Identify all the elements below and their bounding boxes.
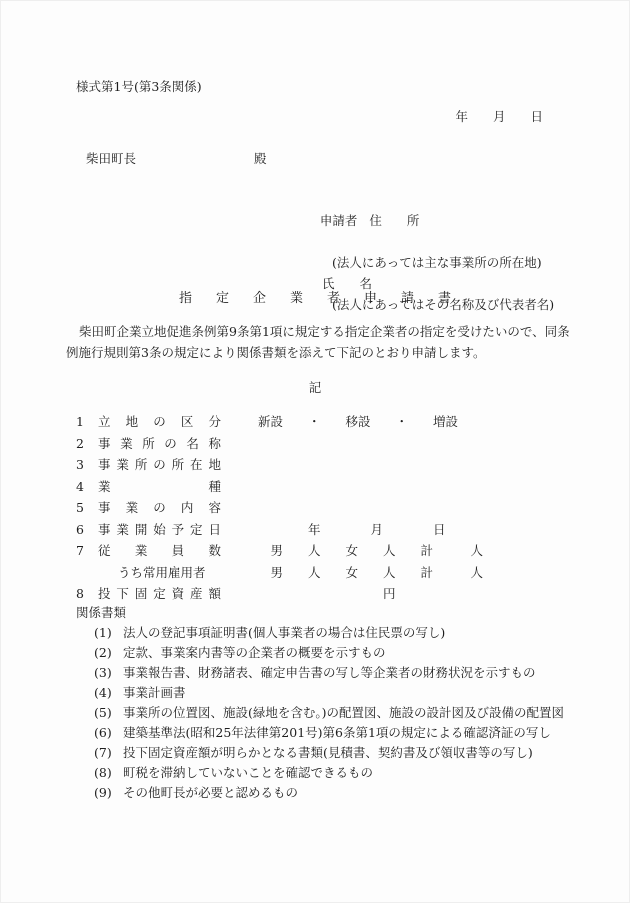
item-label: 投下固定資産額: [98, 583, 221, 605]
applicant-address-line: 申請者住 所: [296, 189, 554, 252]
item-label: 業種: [98, 476, 221, 498]
record-mark: 記: [1, 378, 629, 398]
application-form-page: 様式第1号(第3条関係) 年 月 日 柴田町長殿 申請者住 所 (法人にあっては…: [0, 0, 630, 903]
attachment-row: (7)投下固定資産額が明らかとなる書類(見積書、契約書及び領収書等の写し): [94, 743, 564, 763]
addressee-line: 柴田町長殿: [86, 149, 267, 169]
form-item-row: 7従業員数 男 人 女 人 計 人: [76, 540, 483, 562]
attachment-row: (1)法人の登記事項証明書(個人事業者の場合は住民票の写し): [94, 623, 564, 643]
attachment-number: (1): [94, 623, 123, 643]
form-items-list: 1立地の区分新設 ・ 移設 ・ 増設2事業所の名称3事業所の所在地4業種5事業の…: [76, 411, 483, 605]
item-number: 7: [76, 540, 98, 562]
attachment-row: (3)事業報告書、財務諸表、確定申告書の写し等企業者の財務状況を示すもの: [94, 663, 564, 683]
form-item-row: 1立地の区分新設 ・ 移設 ・ 増設: [76, 411, 483, 433]
addressee: 柴田町長: [86, 151, 136, 166]
form-item-row: 4業種: [76, 476, 483, 498]
form-item-row: 8投下固定資産額 円: [76, 583, 483, 605]
attachment-row: (4)事業計画書: [94, 683, 564, 703]
attachment-text: 法人の登記事項証明書(個人事業者の場合は住民票の写し): [123, 623, 445, 643]
attachment-row: (2)定款、事業案内書等の企業者の概要を示すもの: [94, 643, 564, 663]
attachment-number: (2): [94, 643, 123, 663]
form-number: 様式第1号(第3条関係): [76, 77, 202, 97]
attachment-text: 投下固定資産額が明らかとなる書類(見積書、契約書及び領収書等の写し): [123, 743, 533, 763]
item-number: 5: [76, 497, 98, 519]
applicant-label: 申請者: [320, 213, 358, 228]
item-number: 3: [76, 454, 98, 476]
body-paragraph: 柴田町企業立地促進条例第9条第1項に規定する指定企業者の指定を受けたいので、同条…: [66, 321, 574, 363]
item-label: 事業の内容: [98, 497, 221, 519]
attachment-text: 建築基準法(昭和25年法律第201号)第6条第1項の規定による確認済証の写し: [123, 723, 551, 743]
item-label: 従業員数: [98, 540, 221, 562]
item-value: 年 月 日: [258, 519, 446, 541]
form-item-row: うち常用雇用者 男 人 女 人 計 人: [76, 562, 483, 584]
date-line: 年 月 日: [1, 107, 629, 127]
attachment-text: その他町長が必要と認めるもの: [123, 783, 298, 803]
attachment-number: (9): [94, 783, 123, 803]
address-label: 住 所: [369, 213, 419, 228]
attachment-number: (3): [94, 663, 123, 683]
item-label: 事業所の所在地: [98, 454, 221, 476]
attachment-number: (8): [94, 763, 123, 783]
attachment-number: (7): [94, 743, 123, 763]
item-label: うち常用雇用者: [98, 562, 221, 584]
documents-heading: 関係書類: [76, 603, 126, 623]
documents-list: (1)法人の登記事項証明書(個人事業者の場合は住民票の写し)(2)定款、事業案内…: [94, 623, 564, 803]
attachment-text: 事業報告書、財務諸表、確定申告書の写し等企業者の財務状況を示すもの: [123, 663, 536, 683]
form-item-row: 2事業所の名称: [76, 433, 483, 455]
item-label: 事業開始予定日: [98, 519, 221, 541]
attachment-number: (5): [94, 703, 123, 723]
item-label: 事業所の名称: [98, 433, 221, 455]
address-note: (法人にあっては主な事業所の所在地): [332, 252, 554, 273]
item-value: 新設 ・ 移設 ・ 増設: [258, 411, 458, 433]
attachment-row: (8)町税を滞納していないことを確認できるもの: [94, 763, 564, 783]
honorific: 殿: [254, 151, 267, 166]
attachment-text: 事業所の位置図、施設(緑地を含む。)の配置図、施設の設計図及び設備の配置図: [123, 703, 564, 723]
attachment-number: (6): [94, 723, 123, 743]
document-title: 指定企業者申請書: [1, 289, 629, 309]
item-number: 6: [76, 519, 98, 541]
item-value: 男 人 女 人 計 人: [258, 562, 483, 584]
item-number: 4: [76, 476, 98, 498]
attachment-text: 定款、事業案内書等の企業者の概要を示すもの: [123, 643, 386, 663]
attachment-row: (6)建築基準法(昭和25年法律第201号)第6条第1項の規定による確認済証の写…: [94, 723, 564, 743]
form-item-row: 5事業の内容: [76, 497, 483, 519]
item-number: 8: [76, 583, 98, 605]
form-item-row: 6事業開始予定日 年 月 日: [76, 519, 483, 541]
item-number: 1: [76, 411, 98, 433]
item-value: 円: [258, 583, 396, 605]
attachment-row: (9)その他町長が必要と認めるもの: [94, 783, 564, 803]
item-number: 2: [76, 433, 98, 455]
attachment-row: (5)事業所の位置図、施設(緑地を含む。)の配置図、施設の設計図及び設備の配置図: [94, 703, 564, 723]
form-item-row: 3事業所の所在地: [76, 454, 483, 476]
attachment-text: 町税を滞納していないことを確認できるもの: [123, 763, 373, 783]
attachment-number: (4): [94, 683, 123, 703]
item-value: 男 人 女 人 計 人: [258, 540, 483, 562]
attachment-text: 事業計画書: [123, 683, 186, 703]
item-label: 立地の区分: [98, 411, 221, 433]
